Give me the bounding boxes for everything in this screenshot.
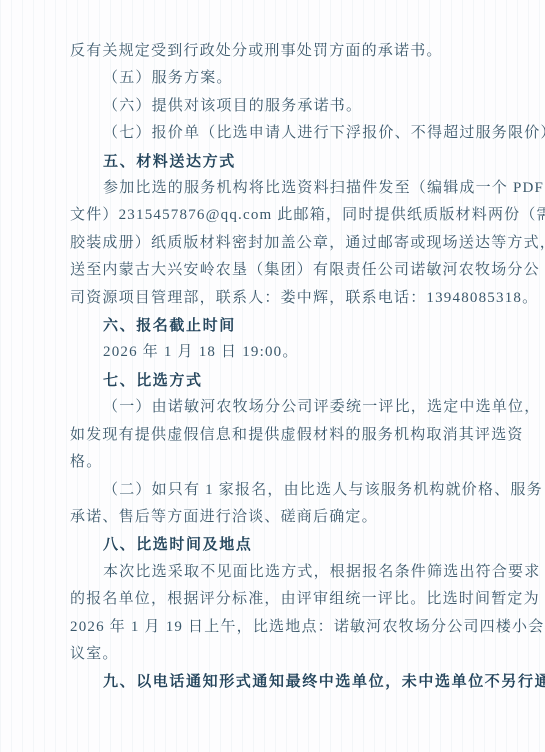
doc-line: 反有关规定受到行政处分或刑事处罚方面的承诺书。 xyxy=(70,38,489,65)
section-heading-7: 七、比选方式 xyxy=(70,367,489,394)
doc-line: 参加比选的服务机构将比选资料扫描件发至（编辑成一个 PDF xyxy=(70,175,489,202)
doc-line: 如发现有提供虚假信息和提供虚假材料的服务机构取消其评选资 xyxy=(70,422,489,449)
doc-line: （六）提供对该项目的服务承诺书。 xyxy=(70,93,489,120)
doc-line: 2026 年 1 月 19 日上午，比选地点：诺敏河农牧场分公司四楼小会 xyxy=(70,614,489,641)
doc-line: 的报名单位，根据评分标准，由评审组统一评比。比选时间暂定为 xyxy=(70,586,489,613)
doc-line: 本次比选采取不见面比选方式，根据报名条件筛选出符合要求 xyxy=(70,559,489,586)
doc-line: 2026 年 1 月 18 日 19:00。 xyxy=(70,339,489,366)
section-heading-6: 六、报名截止时间 xyxy=(70,312,489,339)
doc-line: 议室。 xyxy=(70,641,489,668)
section-heading-5: 五、材料送达方式 xyxy=(70,148,489,175)
document-page: 反有关规定受到行政处分或刑事处罚方面的承诺书。 （五）服务方案。 （六）提供对该… xyxy=(0,0,545,752)
doc-line: 司资源项目管理部，联系人：娄中辉，联系电话：13948085318。 xyxy=(70,285,489,312)
section-heading-8: 八、比选时间及地点 xyxy=(70,531,489,558)
doc-line: （七）报价单（比选申请人进行下浮报价、不得超过服务限价）。 xyxy=(70,120,489,147)
doc-line: （二）如只有 1 家报名，由比选人与该服务机构就价格、服务 xyxy=(70,477,489,504)
doc-line: （一）由诺敏河农牧场分公司评委统一评比，选定中选单位， xyxy=(70,394,489,421)
doc-line: 送至内蒙古大兴安岭农垦（集团）有限责任公司诺敏河农牧场分公 xyxy=(70,257,489,284)
doc-line: 格。 xyxy=(70,449,489,476)
section-heading-9: 九、以电话通知形式通知最终中选单位，未中选单位不另行通 xyxy=(70,668,489,695)
doc-line: （五）服务方案。 xyxy=(70,65,489,92)
doc-line: 文件）2315457876@qq.com 此邮箱，同时提供纸质版材料两份（需 xyxy=(70,202,489,229)
doc-line: 胶装成册）纸质版材料密封加盖公章，通过邮寄或现场送达等方式， xyxy=(70,230,489,257)
doc-line: 承诺、售后等方面进行洽谈、磋商后确定。 xyxy=(70,504,489,531)
